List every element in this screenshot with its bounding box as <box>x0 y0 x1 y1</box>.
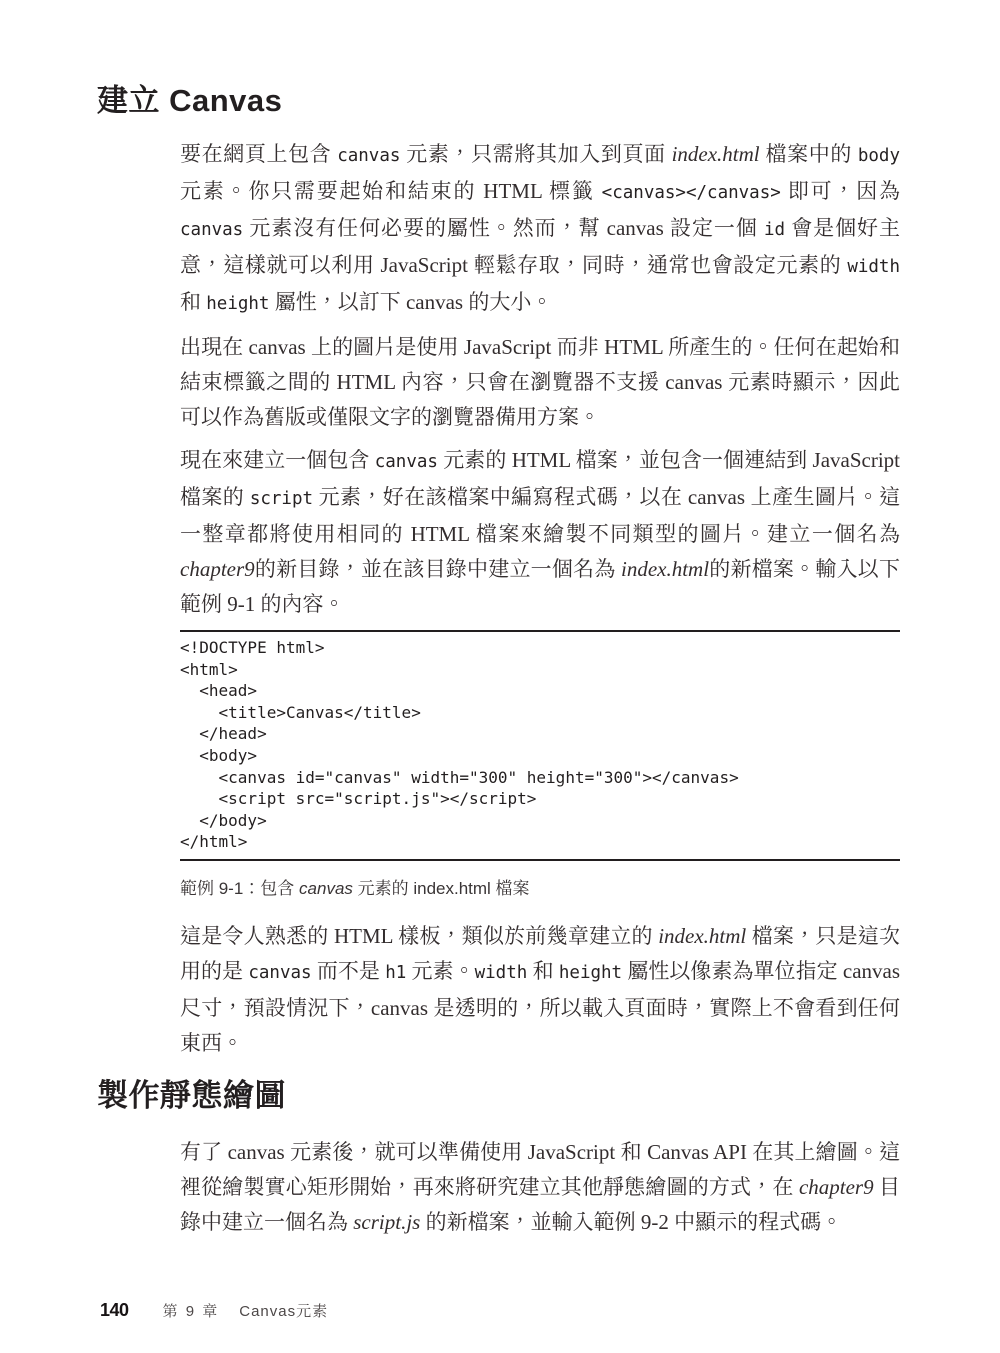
inline-code: width <box>475 963 528 983</box>
page-number: 140 <box>100 1300 129 1321</box>
italic-filename: index.html <box>658 924 746 948</box>
italic-filename: script.js <box>353 1210 420 1234</box>
chapter-label: 第 9 章 <box>163 1300 220 1321</box>
inline-code: canvas <box>337 146 400 166</box>
section-heading-static-drawing: 製作靜態繪圖 <box>97 1077 1000 1115</box>
code-line: </html> <box>180 831 900 853</box>
text-run: 和 <box>180 290 206 314</box>
inline-code: <canvas></canvas> <box>602 183 781 203</box>
inline-code: script <box>250 489 313 509</box>
inline-code: canvas <box>375 452 438 472</box>
text-run: 屬性，以訂下 canvas 的大小。 <box>269 290 552 314</box>
text-run: 的新檔案，並輸入範例 9-2 中顯示的程式碼。 <box>420 1210 842 1234</box>
text-run: 元素沒有任何必要的屬性。然而，幫 canvas 設定一個 <box>243 216 764 240</box>
paragraph-static-drawing-intro: 有了 canvas 元素後，就可以準備使用 JavaScript 和 Canva… <box>180 1135 900 1240</box>
text-run: 這是令人熟悉的 HTML 樣板，類似於前幾章建立的 <box>180 924 658 948</box>
text-run: 元素。你只需要起始和結束的 HTML 標籤 <box>180 179 602 203</box>
code-line: <canvas id="canvas" width="300" height="… <box>180 767 900 789</box>
code-line: <!DOCTYPE html> <box>180 637 900 659</box>
text-run: 現在來建立一個包含 <box>180 448 375 472</box>
text-run: 有了 canvas 元素後，就可以準備使用 JavaScript 和 Canva… <box>180 1140 900 1199</box>
text-run: 而不是 <box>312 959 386 983</box>
chapter-title: Canvas元素 <box>239 1300 328 1321</box>
book-page: 建立 Canvas 要在網頁上包含 canvas 元素，只需將其加入到頁面 in… <box>0 0 1000 1353</box>
inline-code: id <box>764 220 785 240</box>
text-run: 元素，只需將其加入到頁面 <box>400 142 671 166</box>
body-column-bottom: 有了 canvas 元素後，就可以準備使用 JavaScript 和 Canva… <box>180 1135 900 1240</box>
text-run: 檔案中的 <box>760 142 858 166</box>
italic-filename: chapter9 <box>180 557 255 581</box>
section-heading-create-canvas: 建立 Canvas <box>97 0 1000 120</box>
inline-code: canvas <box>248 963 311 983</box>
inline-code: height <box>206 294 269 314</box>
inline-code: canvas <box>180 220 243 240</box>
body-column-top: 要在網頁上包含 canvas 元素，只需將其加入到頁面 index.html 檔… <box>180 137 900 1061</box>
inline-code: width <box>847 257 900 277</box>
code-line: <script src="script.js"></script> <box>180 788 900 810</box>
text-run: 元素的 index.html 檔案 <box>353 879 530 898</box>
italic-filename: canvas <box>299 879 353 898</box>
text-run: 要在網頁上包含 <box>180 142 337 166</box>
paragraph-html-boilerplate: 這是令人熟悉的 HTML 樣板，類似於前幾章建立的 index.html 檔案，… <box>180 919 900 1061</box>
text-run: 和 <box>527 959 559 983</box>
text-run: 的新目錄，並在該目錄中建立一個名為 <box>255 557 621 581</box>
text-run: 即可，因為 <box>781 179 900 203</box>
code-lines: <!DOCTYPE html><html> <head> <title>Canv… <box>180 637 900 853</box>
code-line: <title>Canvas</title> <box>180 702 900 724</box>
code-listing-example-9-1: <!DOCTYPE html><html> <head> <title>Canv… <box>180 630 900 861</box>
code-line: <head> <box>180 680 900 702</box>
text-run: 出現在 canvas 上的圖片是使用 JavaScript 而非 HTML 所產… <box>180 335 900 429</box>
code-line: <body> <box>180 745 900 767</box>
paragraph-canvas-fallback: 出現在 canvas 上的圖片是使用 JavaScript 而非 HTML 所產… <box>180 330 900 435</box>
paragraph-create-html-file: 現在來建立一個包含 canvas 元素的 HTML 檔案，並包含一個連結到 Ja… <box>180 443 900 622</box>
inline-code: h1 <box>385 963 406 983</box>
text-run: 元素。 <box>406 959 474 983</box>
italic-filename: index.html <box>672 142 760 166</box>
inline-code: height <box>559 963 622 983</box>
inline-code: body <box>858 146 900 166</box>
italic-filename: chapter9 <box>799 1175 874 1199</box>
code-line: <html> <box>180 659 900 681</box>
page-footer: 140 第 9 章 Canvas元素 <box>100 1300 328 1321</box>
code-line: </head> <box>180 723 900 745</box>
code-line: </body> <box>180 810 900 832</box>
paragraph-canvas-intro: 要在網頁上包含 canvas 元素，只需將其加入到頁面 index.html 檔… <box>180 137 900 322</box>
text-run: 範例 9-1：包含 <box>180 879 299 898</box>
italic-filename: index.html <box>621 557 709 581</box>
code-caption-example-9-1: 範例 9-1：包含 canvas 元素的 index.html 檔案 <box>180 874 900 899</box>
